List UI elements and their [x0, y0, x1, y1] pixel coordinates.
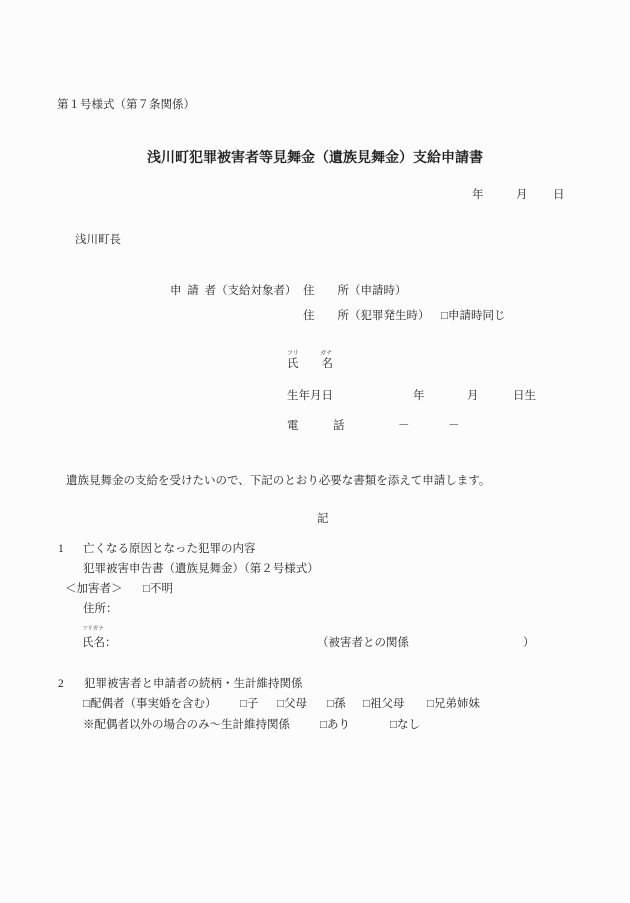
perpetrator-label: ＜加害者＞ — [65, 583, 123, 596]
phone-dash-2: － — [448, 420, 460, 433]
furigana-gana-label: ガナ — [320, 351, 332, 357]
address-at-application-label: 住 所（申請時） — [303, 285, 407, 298]
birth-month-label: 月 — [467, 390, 479, 403]
section1-heading: 亡くなる原因となった犯罪の内容 — [83, 543, 256, 556]
phone-label: 電 話 — [287, 420, 345, 433]
date-day-label: 日 — [553, 189, 565, 202]
section2-number: 2 — [58, 678, 64, 691]
spouse-checkbox[interactable]: □配偶者（事実婚を含む） — [83, 698, 216, 711]
livelihood-note-label: ※配偶者以外の場合のみ～生計維持関係 — [83, 719, 290, 732]
date-month-label: 月 — [516, 189, 528, 202]
grandparents-checkbox[interactable]: □祖父母 — [363, 698, 404, 711]
perpetrator-unknown-checkbox[interactable]: □不明 — [143, 583, 173, 596]
perpetrator-address-label: 住所： — [83, 603, 118, 616]
furigana-label: フリガナ — [82, 627, 104, 633]
child-checkbox[interactable]: □子 — [240, 698, 258, 711]
document-title: 浅川町犯罪被害者等見舞金（遺族見舞金）支給申請書 — [0, 147, 630, 167]
livelihood-no-checkbox[interactable]: □なし — [390, 719, 420, 732]
grandchild-checkbox[interactable]: □孫 — [327, 698, 345, 711]
phone-dash-1: － — [398, 420, 410, 433]
birth-day-label: 日生 — [513, 390, 536, 403]
applicant-name-label: 氏 名 — [287, 358, 333, 371]
birth-year-label: 年 — [413, 390, 425, 403]
relation-close-paren: ） — [523, 637, 535, 650]
section1-number: 1 — [58, 543, 64, 556]
furigana-furi-label: フリ — [287, 351, 299, 357]
ki-heading: 記 — [317, 513, 329, 526]
perpetrator-name-label: 氏名： — [82, 637, 117, 650]
livelihood-yes-checkbox[interactable]: □あり — [320, 719, 350, 732]
address-at-crime-label: 住 所（犯罪発生時） — [303, 310, 430, 323]
addressee-label: 浅川町長 — [75, 234, 121, 247]
document-page: 第１号様式（第７条関係） 浅川町犯罪被害者等見舞金（遺族見舞金）支給申請書 年 … — [0, 0, 630, 903]
applicant-label: 申 請 者（支給対象者） — [170, 285, 297, 298]
parents-checkbox[interactable]: □父母 — [277, 698, 307, 711]
relation-to-victim-label: （被害者との関係 — [317, 637, 409, 650]
same-as-application-checkbox[interactable]: □申請時同じ — [441, 310, 505, 323]
siblings-checkbox[interactable]: □兄弟姉妹 — [427, 698, 480, 711]
birthdate-label: 生年月日 — [287, 390, 333, 403]
date-year-label: 年 — [472, 189, 484, 202]
crime-report-form-label: 犯罪被害申告書（遺族見舞金）（第２号様式） — [83, 563, 319, 576]
form-number-label: 第１号様式（第７条関係） — [57, 99, 195, 112]
section2-heading: 犯罪被害者と申請者の続柄・生計維持関係 — [84, 678, 303, 691]
statement-text: 遺族見舞金の支給を受けたいので、下記のとおり必要な書類を添えて申請します。 — [66, 475, 490, 488]
